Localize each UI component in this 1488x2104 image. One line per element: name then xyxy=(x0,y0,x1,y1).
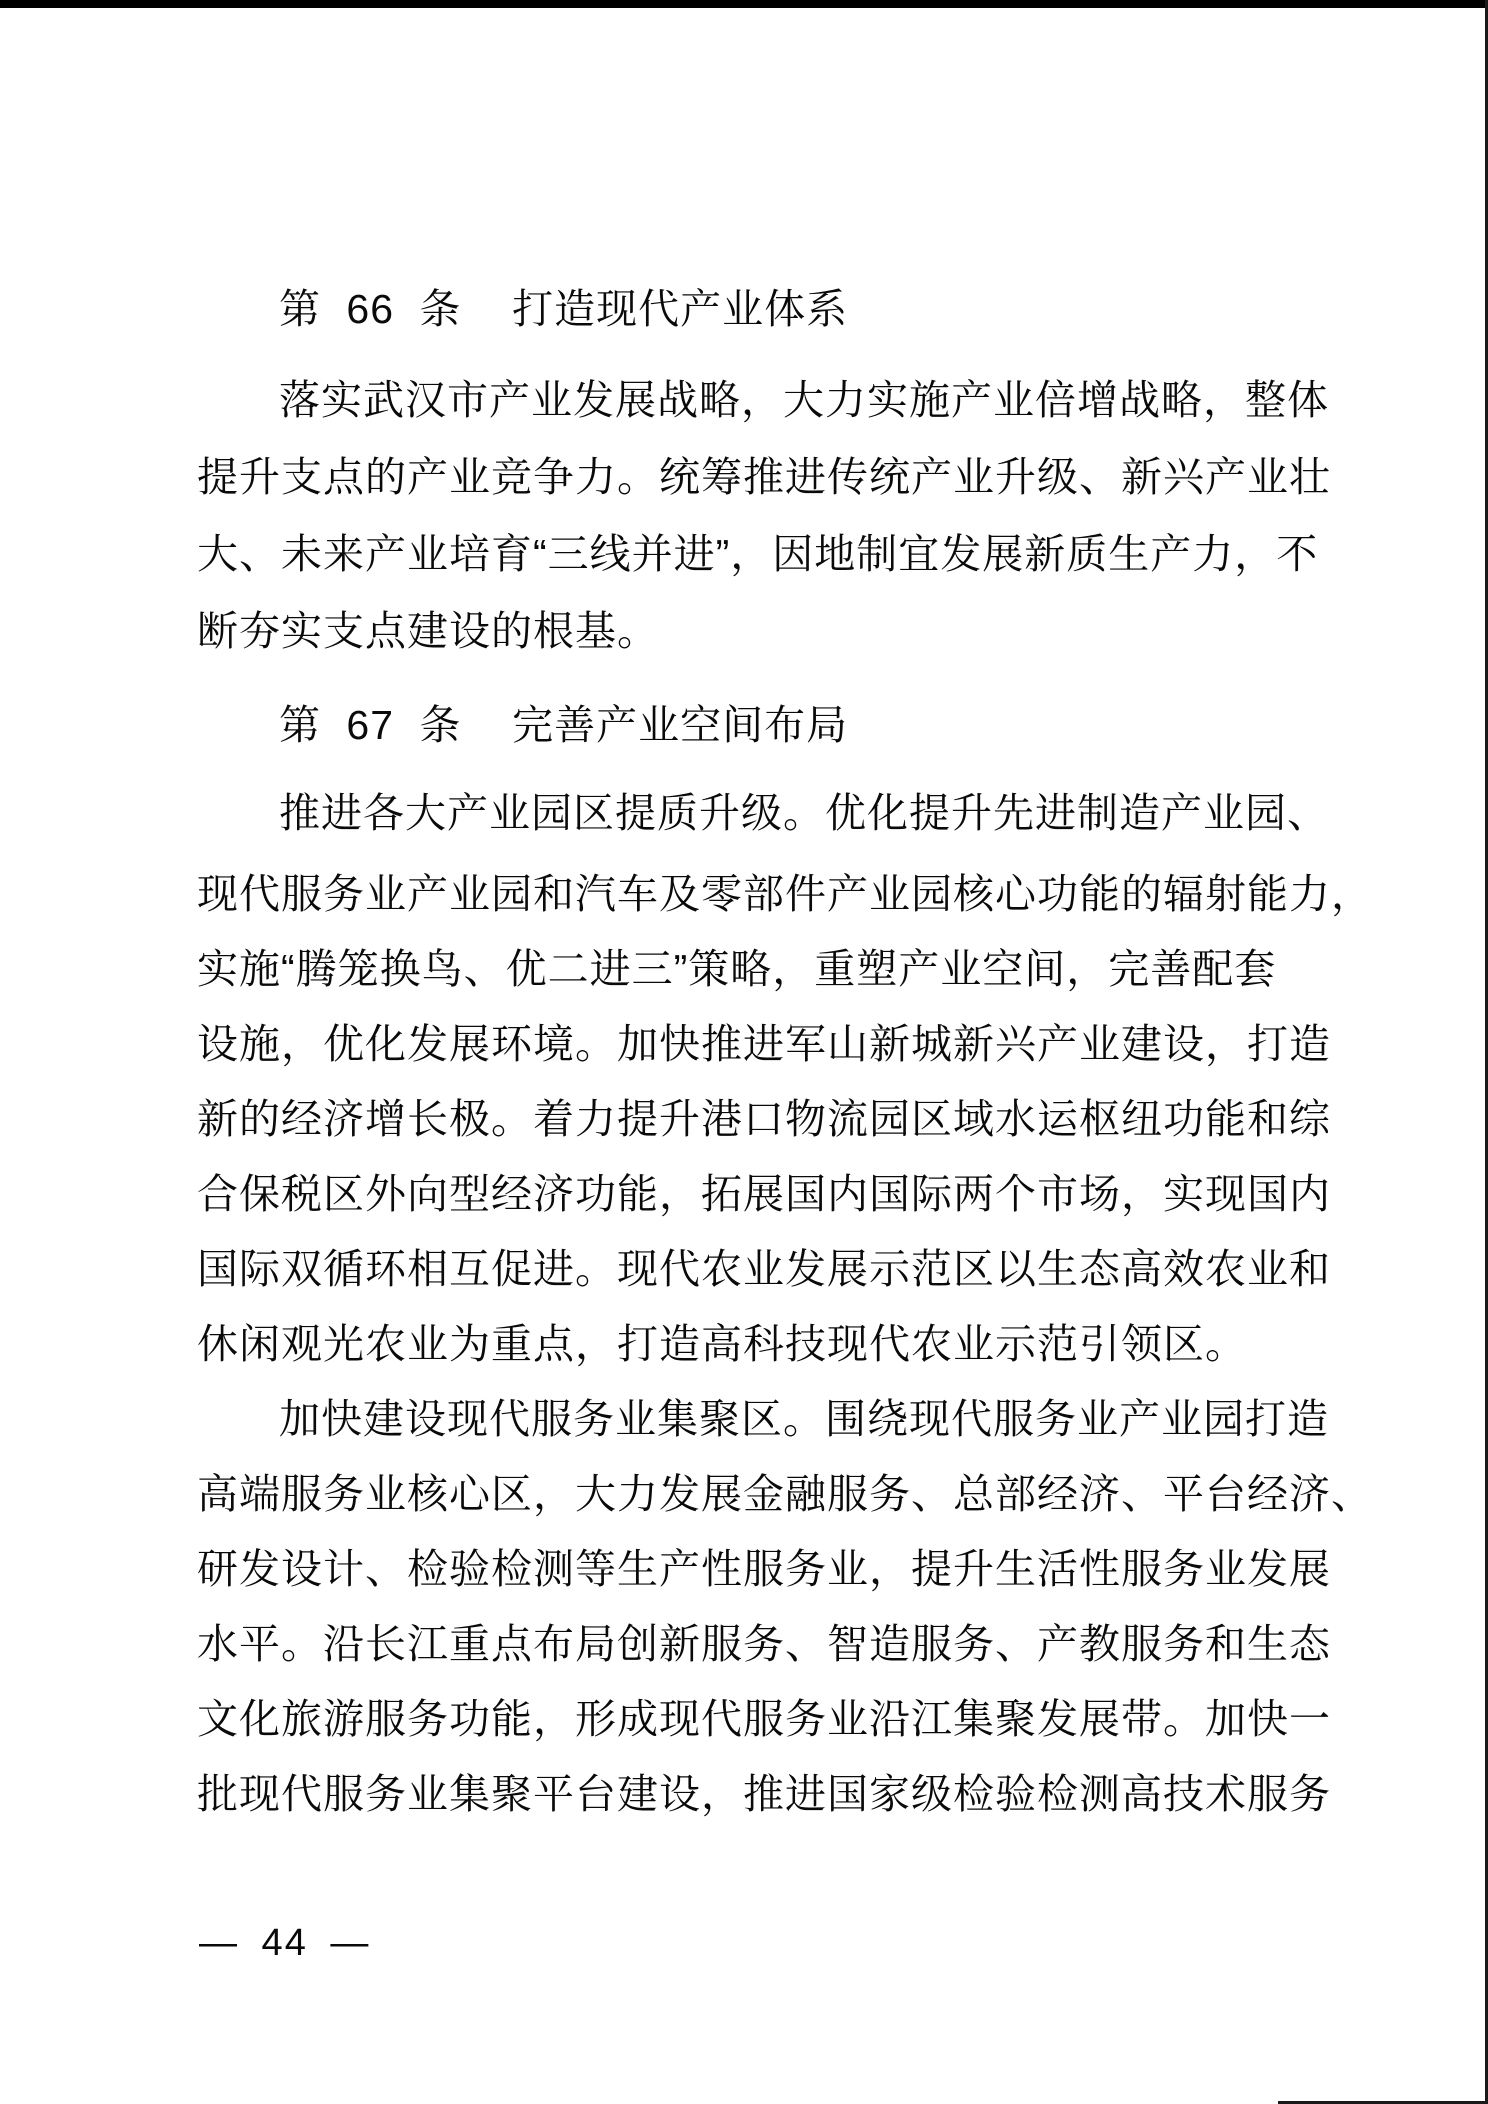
text-line: 实施“腾笼换鸟、优二进三”策略，重塑产业空间，完善配套 xyxy=(197,946,1377,992)
document-page: 第 66 条 打造现代产业体系 落实武汉市产业发展战略，大力实施产业倍增战略，整… xyxy=(0,0,1488,2104)
text-line: 断夯实支点建设的根基。 xyxy=(197,608,1377,654)
text-line: 现代服务业产业园和汽车及零部件产业园核心功能的辐射能力， xyxy=(197,871,1377,917)
text-line: 推进各大产业园区提质升级。优化提升先进制造产业园、 xyxy=(197,790,1377,836)
text-line: 休闲观光农业为重点，打造高科技现代农业示范引领区。 xyxy=(197,1321,1377,1367)
text-line: 研发设计、检验检测等生产性服务业，提升生活性服务业发展 xyxy=(197,1546,1377,1592)
text-line: 文化旅游服务功能，形成现代服务业沿江集聚发展带。加快一 xyxy=(197,1696,1377,1742)
text-line: 高端服务业核心区，大力发展金融服务、总部经济、平台经济、 xyxy=(197,1471,1377,1517)
text-line: 国际双循环相互促进。现代农业发展示范区以生态高效农业和 xyxy=(197,1246,1377,1292)
text-line: 提升支点的产业竞争力。统筹推进传统产业升级、新兴产业壮 xyxy=(197,454,1377,500)
text-line: 合保税区外向型经济功能，拓展国内国际两个市场，实现国内 xyxy=(197,1171,1377,1217)
page-number: — 44 — xyxy=(199,1922,370,1965)
text-line: 落实武汉市产业发展战略，大力实施产业倍增战略，整体 xyxy=(197,377,1377,423)
text-line: 水平。沿长江重点布局创新服务、智造服务、产教服务和生态 xyxy=(197,1621,1377,1667)
text-line: 加快建设现代服务业集聚区。围绕现代服务业产业园打造 xyxy=(197,1396,1377,1442)
text-line: 批现代服务业集聚平台建设，推进国家级检验检测高技术服务 xyxy=(197,1771,1377,1817)
article-67-heading: 第 67 条 完善产业空间布局 xyxy=(197,702,1377,748)
text-line: 设施，优化发展环境。加快推进军山新城新兴产业建设，打造 xyxy=(197,1021,1377,1067)
article-66-heading: 第 66 条 打造现代产业体系 xyxy=(197,286,1377,332)
scan-border-top xyxy=(0,0,1488,8)
text-line: 新的经济增长极。着力提升港口物流园区域水运枢纽功能和综 xyxy=(197,1096,1377,1142)
text-line: 大、未来产业培育“三线并进”，因地制宜发展新质生产力，不 xyxy=(197,531,1377,577)
